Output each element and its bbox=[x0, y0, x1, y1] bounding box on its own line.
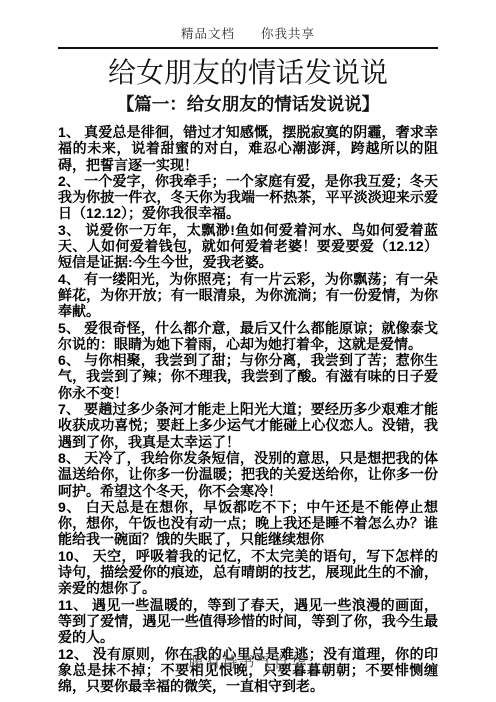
page-header: 精品文档 你我共享 bbox=[0, 0, 496, 42]
document-body: 1、 真爱总是徘徊，错过才知感慨，摆脱寂寞的阴霾，奢求幸福的未来，说着甜蜜的对白… bbox=[58, 124, 438, 694]
page-title: 给女朋友的情话发说说 bbox=[58, 57, 438, 91]
body-paragraph: 4、 有一缕阳光，为你照亮；有一片云彩，为你飘荡；有一朵鲜花，为你开放；有一眼清… bbox=[58, 271, 438, 320]
document-page: 精品文档 你我共享 给女朋友的情话发说说 【篇一：给女朋友的情话发说说】 1、 … bbox=[0, 0, 496, 702]
body-paragraph: 5、 爱很奇怪，什么都介意，最后又什么都能原谅；就像泰戈尔说的：眼睛为她下着雨，… bbox=[58, 320, 438, 353]
header-brand-left: 精品文档 bbox=[181, 24, 235, 42]
body-paragraph: 3、 说爱你一万年，太飘渺!鱼如何爱着河水、鸟如何爱着蓝天、人如何爱着钱包，就如… bbox=[58, 222, 438, 271]
header-brand-right: 你我共享 bbox=[261, 24, 315, 42]
body-paragraph: 8、 天冷了，我给你发条短信，没别的意思，只是想把我的体温送给你，让你多一份温暖… bbox=[58, 450, 438, 499]
body-paragraph: 11、 遇见一些温暖的，等到了春天，遇见一些浪漫的画面，等到了爱情，遇见一些值得… bbox=[58, 597, 438, 646]
page-subtitle: 【篇一：给女朋友的情话发说说】 bbox=[48, 93, 448, 116]
body-paragraph: 1、 真爱总是徘徊，错过才知感慨，摆脱寂寞的阴霾，奢求幸福的未来，说着甜蜜的对白… bbox=[58, 124, 438, 173]
page-footer: 腹有诗书气自华 bbox=[0, 651, 496, 672]
body-paragraph: 9、 白天总是在想你，早饭都吃不下；中午还是不能停止想你，想你，午饭也没有动一点… bbox=[58, 499, 438, 548]
body-paragraph: 10、 天空，呼吸着我的记忆，不太完美的语句，写下怎样的诗句，描绘爱你的痕迹，总… bbox=[58, 548, 438, 597]
body-paragraph: 6、 与你相聚，我尝到了甜；与你分离，我尝到了苦；惹你生气，我尝到了辣；你不理我… bbox=[58, 352, 438, 401]
body-paragraph: 2、 一个爱字，你我牵手；一个家庭有爱，是你我互爱；冬天我为你披一件衣，冬天你为… bbox=[58, 173, 438, 222]
header-divider bbox=[58, 47, 438, 49]
body-paragraph: 7、 要趟过多少条河才能走上阳光大道；要经历多少艰难才能收获成功喜悦；要赶上多少… bbox=[58, 401, 438, 450]
